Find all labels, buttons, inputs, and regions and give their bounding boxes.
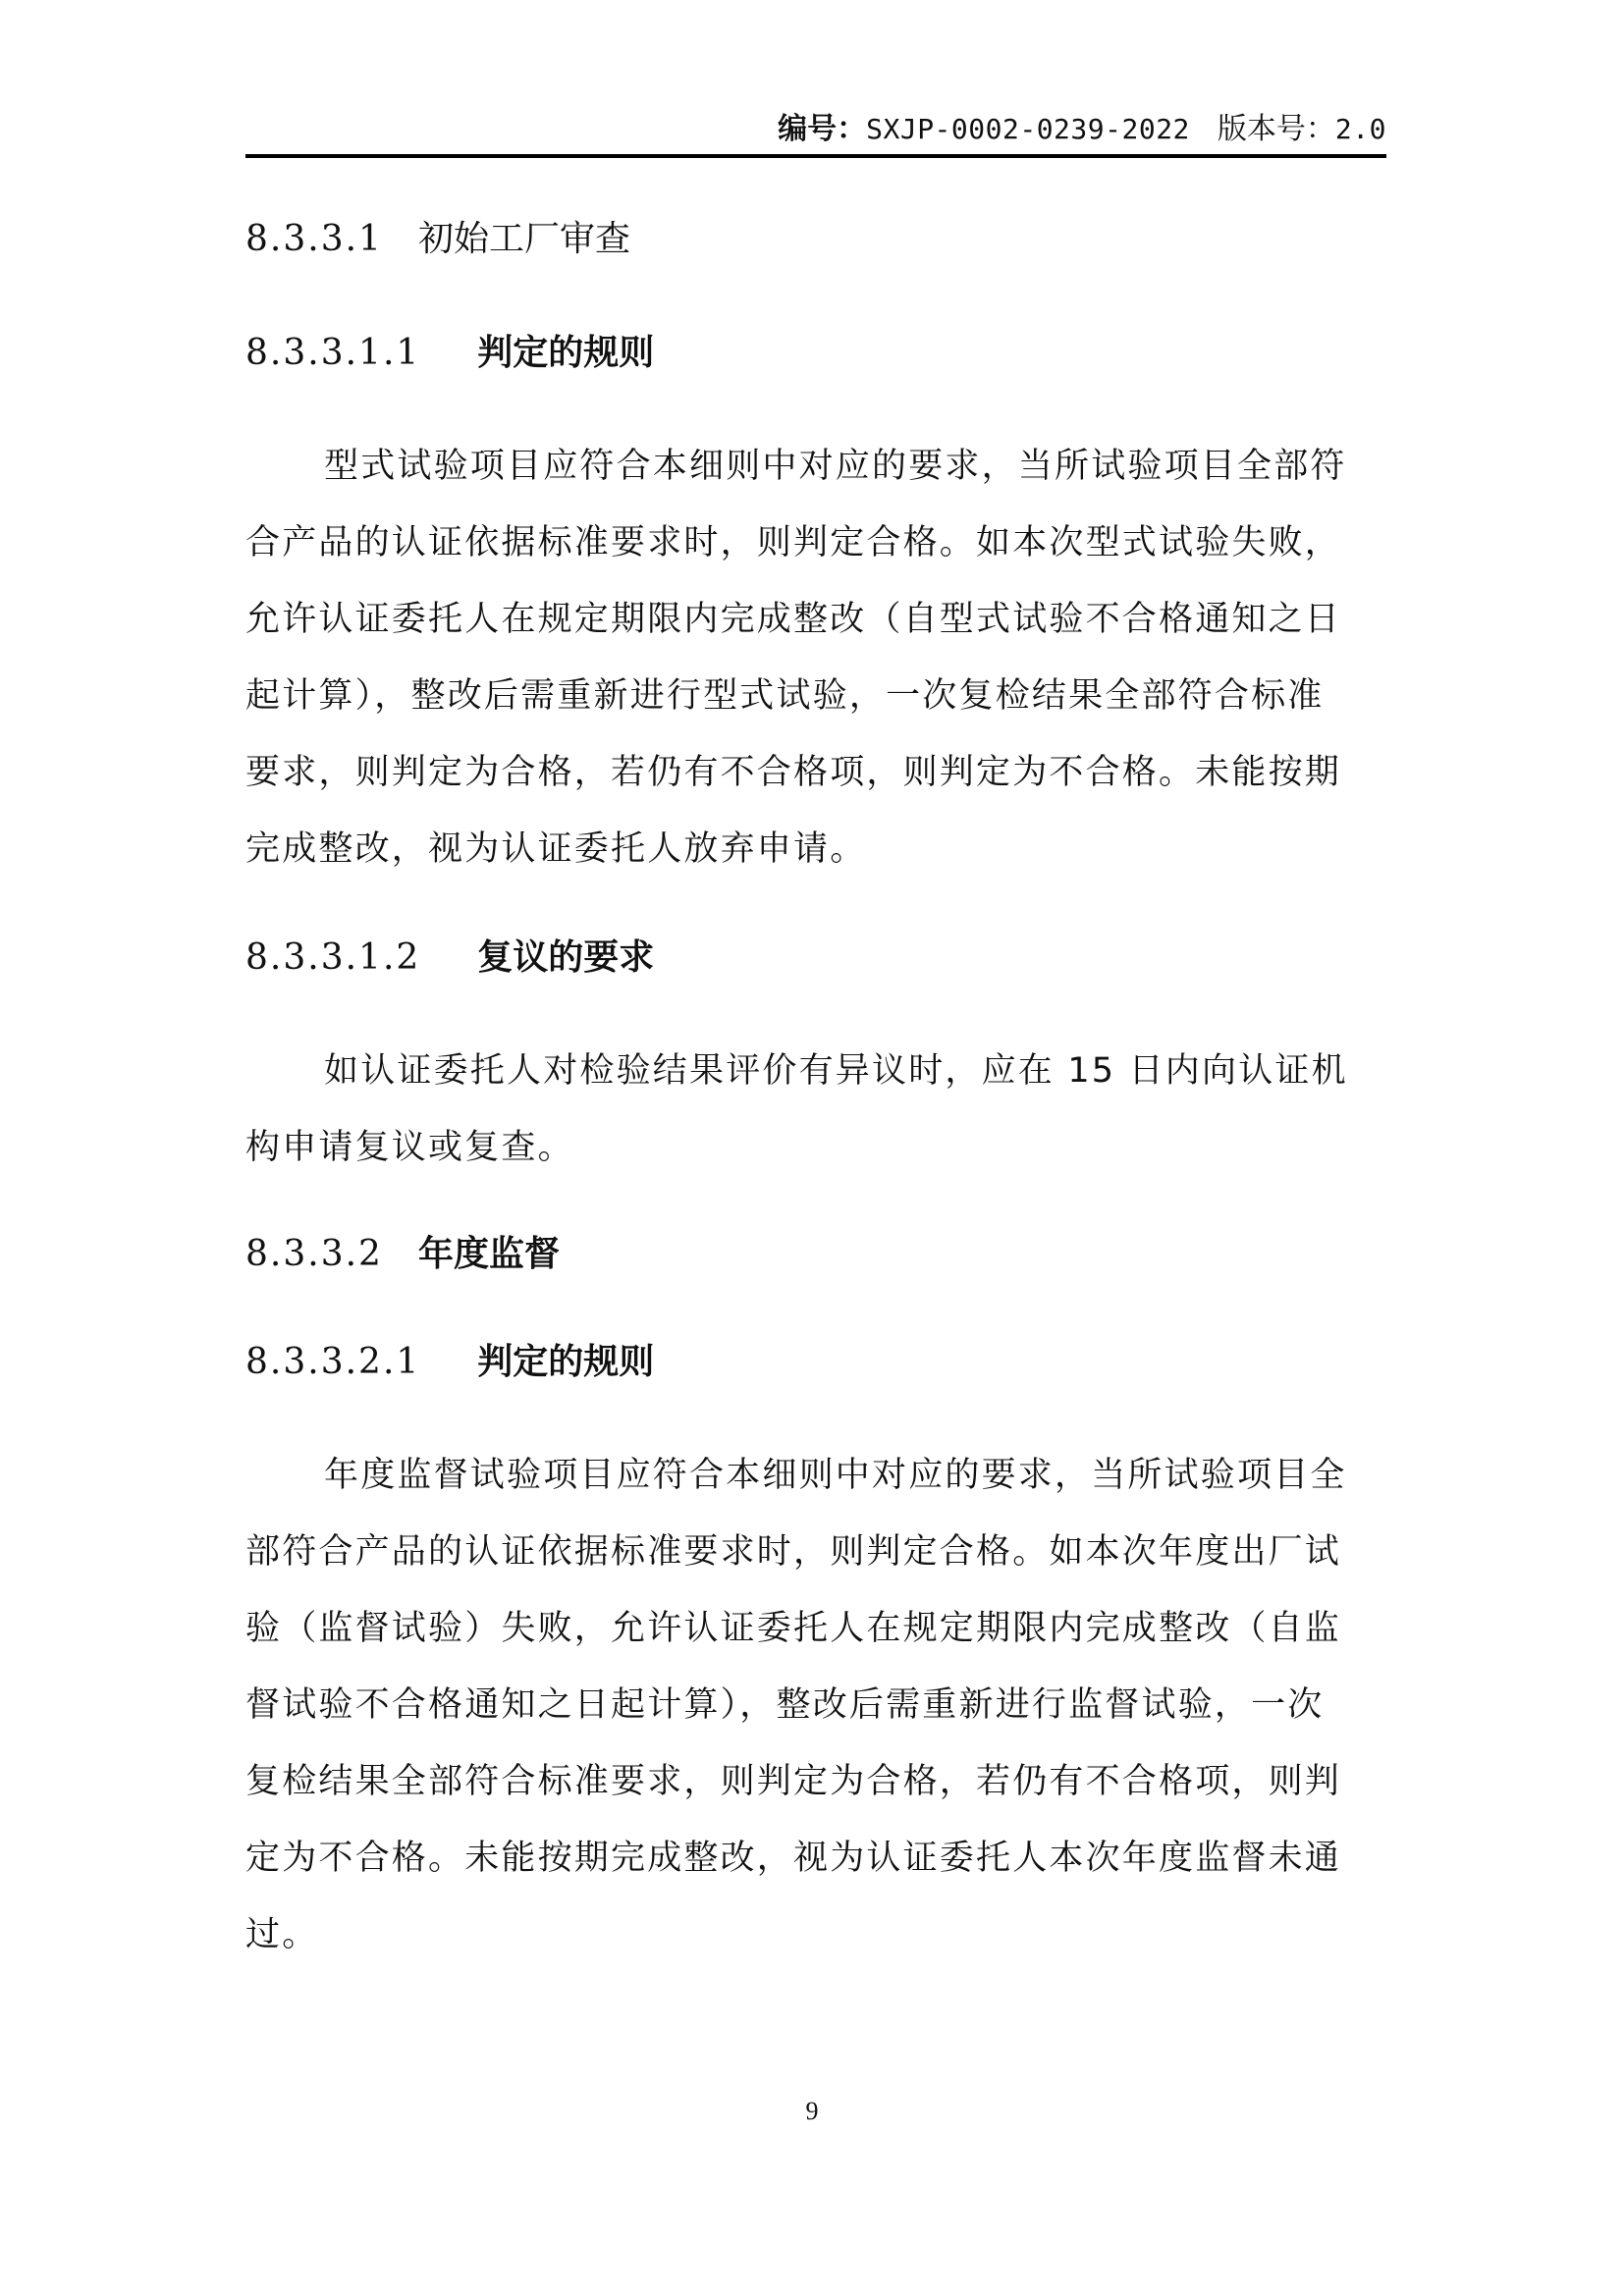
paragraph-line: 允许认证委托人在规定期限内完成整改（自型式试验不合格通知之日 [245, 581, 1386, 658]
section-title: 初始工厂审查 [418, 219, 630, 259]
section-heading-8-3-3-2: 8.3.3.2年度监督 [245, 1233, 560, 1276]
paragraph-line: 完成整改，视为认证委托人放弃申请。 [245, 811, 1386, 887]
paragraph-line: 起计算），整改后需重新进行型式试验，一次复检结果全部符合标准 [245, 658, 1386, 734]
paragraph-line: 合产品的认证依据标准要求时，则判定合格。如本次型式试验失败， [245, 505, 1386, 581]
paragraph-line: 复检结果全部符合标准要求，则判定为合格，若仍有不合格项，则判 [245, 1743, 1386, 1820]
document-code-value: SXJP-0002-0239-2022 [866, 113, 1190, 145]
paragraph-line: 督试验不合格通知之日起计算），整改后需重新进行监督试验，一次 [245, 1667, 1386, 1743]
header-divider [245, 154, 1386, 158]
document-page: 编号：SXJP-0002-0239-2022版本号：2.0 8.3.3.1初始工… [0, 0, 1624, 2296]
section-number: 8.3.3.2 [245, 1234, 383, 1274]
section-number: 8.3.3.2.1 [245, 1342, 420, 1382]
paragraph-line: 验（监督试验）失败，允许认证委托人在规定期限内完成整改（自监 [245, 1590, 1386, 1667]
paragraph-line: 定为不合格。未能按期完成整改，视为认证委托人本次年度监督未通 [245, 1820, 1386, 1896]
paragraph-line: 构申请复议或复查。 [245, 1109, 1386, 1186]
section-heading-8-3-3-1-1: 8.3.3.1.1判定的规则 [245, 332, 654, 375]
paragraph-line: 年度监督试验项目应符合本细则中对应的要求，当所试验项目全 [245, 1437, 1386, 1514]
page-number: 9 [0, 2097, 1624, 2126]
section-heading-8-3-3-1-2: 8.3.3.1.2复议的要求 [245, 936, 654, 980]
version-label: 版本号： [1218, 112, 1335, 146]
paragraph-line: 过。 [245, 1896, 1386, 1973]
paragraph-type-test-rules: 型式试验项目应符合本细则中对应的要求，当所试验项目全部符 合产品的认证依据标准要… [245, 428, 1386, 887]
paragraph-line: 如认证委托人对检验结果评价有异议时，应在 15 日内向认证机 [245, 1033, 1386, 1109]
paragraph-line: 型式试验项目应符合本细则中对应的要求，当所试验项目全部符 [245, 428, 1386, 505]
paragraph-line: 部符合产品的认证依据标准要求时，则判定合格。如本次年度出厂试 [245, 1514, 1386, 1590]
paragraph-review-requirements: 如认证委托人对检验结果评价有异议时，应在 15 日内向认证机 构申请复议或复查。 [245, 1033, 1386, 1186]
section-number: 8.3.3.1.2 [245, 937, 420, 978]
version-value: 2.0 [1335, 113, 1386, 145]
section-title: 年度监督 [418, 1234, 560, 1274]
section-number: 8.3.3.1.1 [245, 333, 420, 373]
section-title: 复议的要求 [477, 937, 654, 978]
section-heading-8-3-3-2-1: 8.3.3.2.1判定的规则 [245, 1341, 654, 1384]
page-header: 编号：SXJP-0002-0239-2022版本号：2.0 [245, 110, 1386, 149]
section-title: 判定的规则 [477, 1342, 654, 1382]
document-code-label: 编号： [778, 112, 866, 146]
section-title: 判定的规则 [477, 333, 654, 373]
section-heading-8-3-3-1: 8.3.3.1初始工厂审查 [245, 218, 630, 261]
section-number: 8.3.3.1 [245, 219, 383, 259]
paragraph-annual-supervision-rules: 年度监督试验项目应符合本细则中对应的要求，当所试验项目全 部符合产品的认证依据标… [245, 1437, 1386, 1973]
paragraph-line: 要求，则判定为合格，若仍有不合格项，则判定为不合格。未能按期 [245, 734, 1386, 811]
